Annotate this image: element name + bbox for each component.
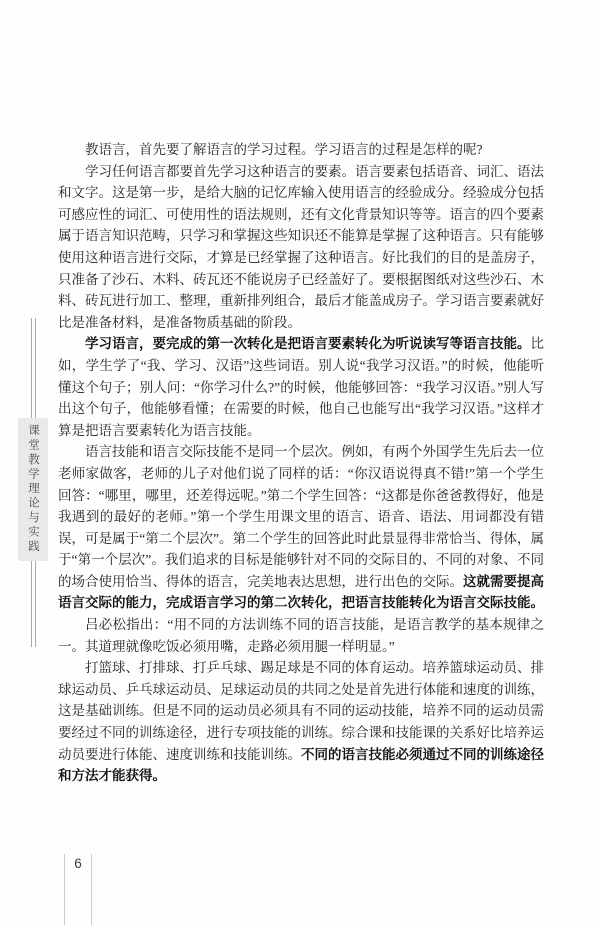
book-title-tab: 课堂教学理论与实践 <box>18 418 48 561</box>
paragraph-first-transformation-rest: 比如，学生学了“我、学习、汉语”这些词语。别人说“我学习汉语。”的时候，他能听懂… <box>58 336 544 437</box>
paragraph-language-elements: 学习任何语言都要首先学习这种语言的要素。语言要素包括语音、词汇、语法和文字。这是… <box>58 161 544 334</box>
bold-key-sentence-first-transformation: 学习语言，要完成的第一次转化是把语言要素转化为听说读写等语言技能。 <box>85 336 531 351</box>
paragraph-communication-levels-main: 语言技能和语言交际技能不是同一个层次。例如，有两个外国学生先后去一位老师家做客，… <box>58 444 544 589</box>
paragraph-intro: 教语言，首先要了解语言的学习过程。学习语言的过程是怎样的呢? <box>58 139 544 161</box>
book-title-vertical-label: 课堂教学理论与实践 <box>25 424 41 555</box>
page-body: 教语言，首先要了解语言的学习过程。学习语言的过程是怎样的呢? 学习任何语言都要首… <box>58 139 544 787</box>
paragraph-first-transformation: 学习语言，要完成的第一次转化是把语言要素转化为听说读写等语言技能。比如，学生学了… <box>58 333 544 441</box>
paragraph-communication-levels: 语言技能和语言交际技能不是同一个层次。例如，有两个外国学生先后去一位老师家做客，… <box>58 441 544 614</box>
page-number: 6 <box>64 856 92 871</box>
paragraph-sports-analogy: 打篮球、打排球、打乒乓球、踢足球是不同的体育运动。培养篮球运动员、排球运动员、乒… <box>58 657 544 787</box>
book-page: 课堂教学理论与实践 教语言，首先要了解语言的学习过程。学习语言的过程是怎样的呢?… <box>0 0 600 925</box>
paragraph-lv-bisong-quote: 吕必松指出：“用不同的方法训练不同的语言技能，是语言教学的基本规律之一。其道理就… <box>58 614 544 657</box>
